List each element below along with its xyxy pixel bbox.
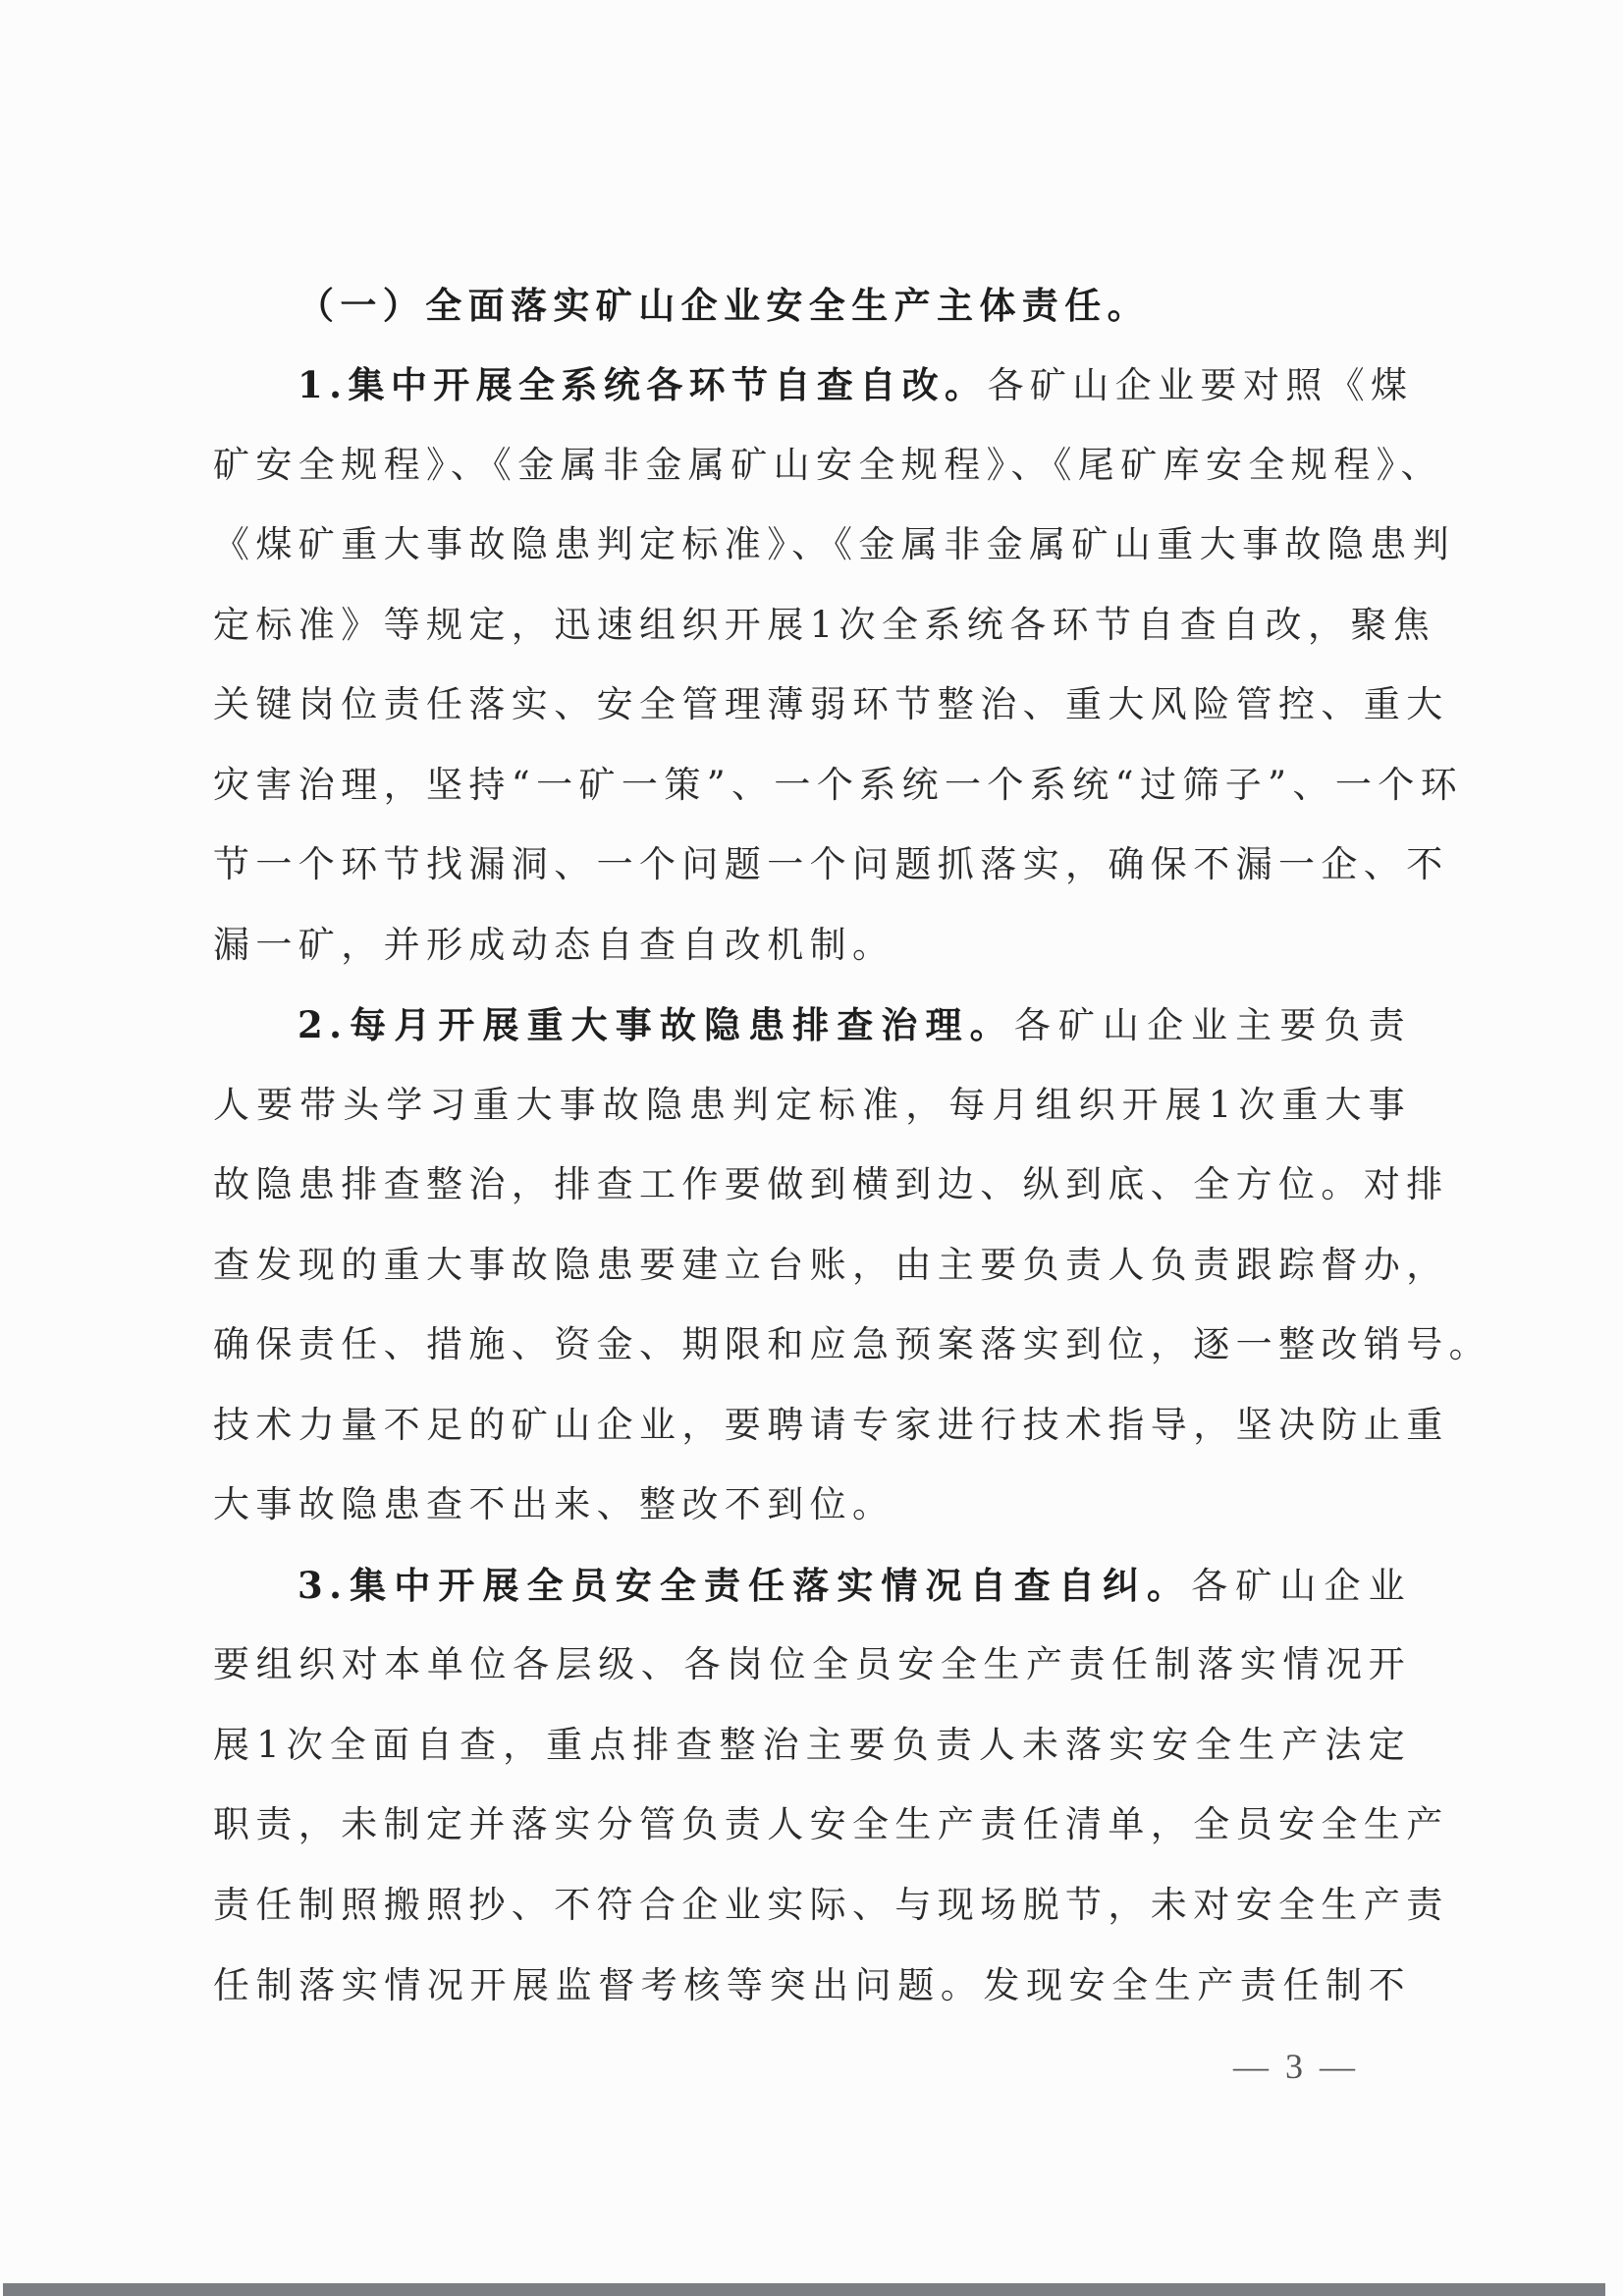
- section-1-text: 各矿山企业要对照《煤: [987, 364, 1413, 406]
- document-page: （一）全面落实矿山企业安全生产主体责任。 1.集中开展全系统各环节自查自改。各矿…: [0, 0, 1623, 2296]
- body-line: 灾害治理，坚持“一矿一策”、一个系统一个系统“过筛子”、一个环: [213, 756, 1411, 815]
- body-line: 责任制照搬照抄、不符合企业实际、与现场脱节，未对安全生产责: [213, 1876, 1411, 1935]
- bottom-edge-bar: [3, 2283, 1605, 2296]
- body-line: 查发现的重大事故隐患要建立台账，由主要负责人负责跟踪督办，: [213, 1236, 1411, 1295]
- body-line: 职责，未制定并落实分管负责人安全生产责任清单，全员安全生产: [213, 1795, 1411, 1854]
- body-line: 定标准》等规定，迅速组织开展1次全系统各环节自查自改，聚焦: [213, 596, 1411, 655]
- section-1-number: 1.: [298, 363, 348, 406]
- body-line: 人要带头学习重大事故隐患判定标准，每月组织开展1次重大事: [213, 1076, 1411, 1135]
- section-1-first-line: 1.集中开展全系统各环节自查自改。各矿山企业要对照《煤: [298, 355, 1411, 414]
- body-line: 大事故隐患查不出来、整改不到位。: [213, 1475, 1411, 1534]
- body-line: 《煤矿重大事故隐患判定标准》、《金属非金属矿山重大事故隐患判: [213, 515, 1411, 574]
- body-line: 展1次全面自查，重点排查整治主要负责人未落实安全生产法定: [213, 1716, 1411, 1775]
- section-2-first-line: 2.每月开展重大事故隐患排查治理。各矿山企业主要负责: [298, 995, 1411, 1054]
- body-line: 确保责任、措施、资金、期限和应急预案落实到位，逐一整改销号。: [213, 1315, 1411, 1374]
- section-2-number: 2.: [298, 1003, 348, 1046]
- page-number: — 3 —: [1217, 2044, 1375, 2089]
- heading-text: （一）全面落实矿山企业安全生产主体责任。: [298, 284, 1150, 327]
- section-1-title: 集中开展全系统各环节自查自改。: [348, 363, 987, 406]
- body-line: 要组织对本单位各层级、各岗位全员安全生产责任制落实情况开: [213, 1635, 1411, 1694]
- body-line: 漏一矿，并形成动态自查自改机制。: [213, 916, 1411, 975]
- section-2-text: 各矿山企业主要负责: [1014, 1004, 1411, 1046]
- body-line: 节一个环节找漏洞、一个问题一个问题抓落实，确保不漏一企、不: [213, 835, 1411, 894]
- section-3-number: 3.: [298, 1564, 348, 1607]
- body-line: 关键岗位责任落实、安全管理薄弱环节整治、重大风险管控、重大: [213, 675, 1411, 734]
- body-line: 故隐患排查整治，排查工作要做到横到边、纵到底、全方位。对排: [213, 1155, 1411, 1214]
- body-line: 任制落实情况开展监督考核等突出问题。发现安全生产责任制不: [213, 1956, 1411, 2015]
- section-3-title: 集中开展全员安全责任落实情况自查自纠。: [348, 1564, 1191, 1607]
- section-3-text: 各矿山企业: [1191, 1565, 1411, 1607]
- body-line: 矿安全规程》、《金属非金属矿山安全规程》、《尾矿库安全规程》、: [213, 436, 1411, 495]
- section-2-title: 每月开展重大事故隐患排查治理。: [348, 1003, 1013, 1046]
- section-3-first-line: 3.集中开展全员安全责任落实情况自查自纠。各矿山企业: [298, 1556, 1411, 1615]
- section-heading: （一）全面落实矿山企业安全生产主体责任。: [298, 276, 1411, 335]
- body-line: 技术力量不足的矿山企业，要聘请专家进行技术指导，坚决防止重: [213, 1396, 1411, 1455]
